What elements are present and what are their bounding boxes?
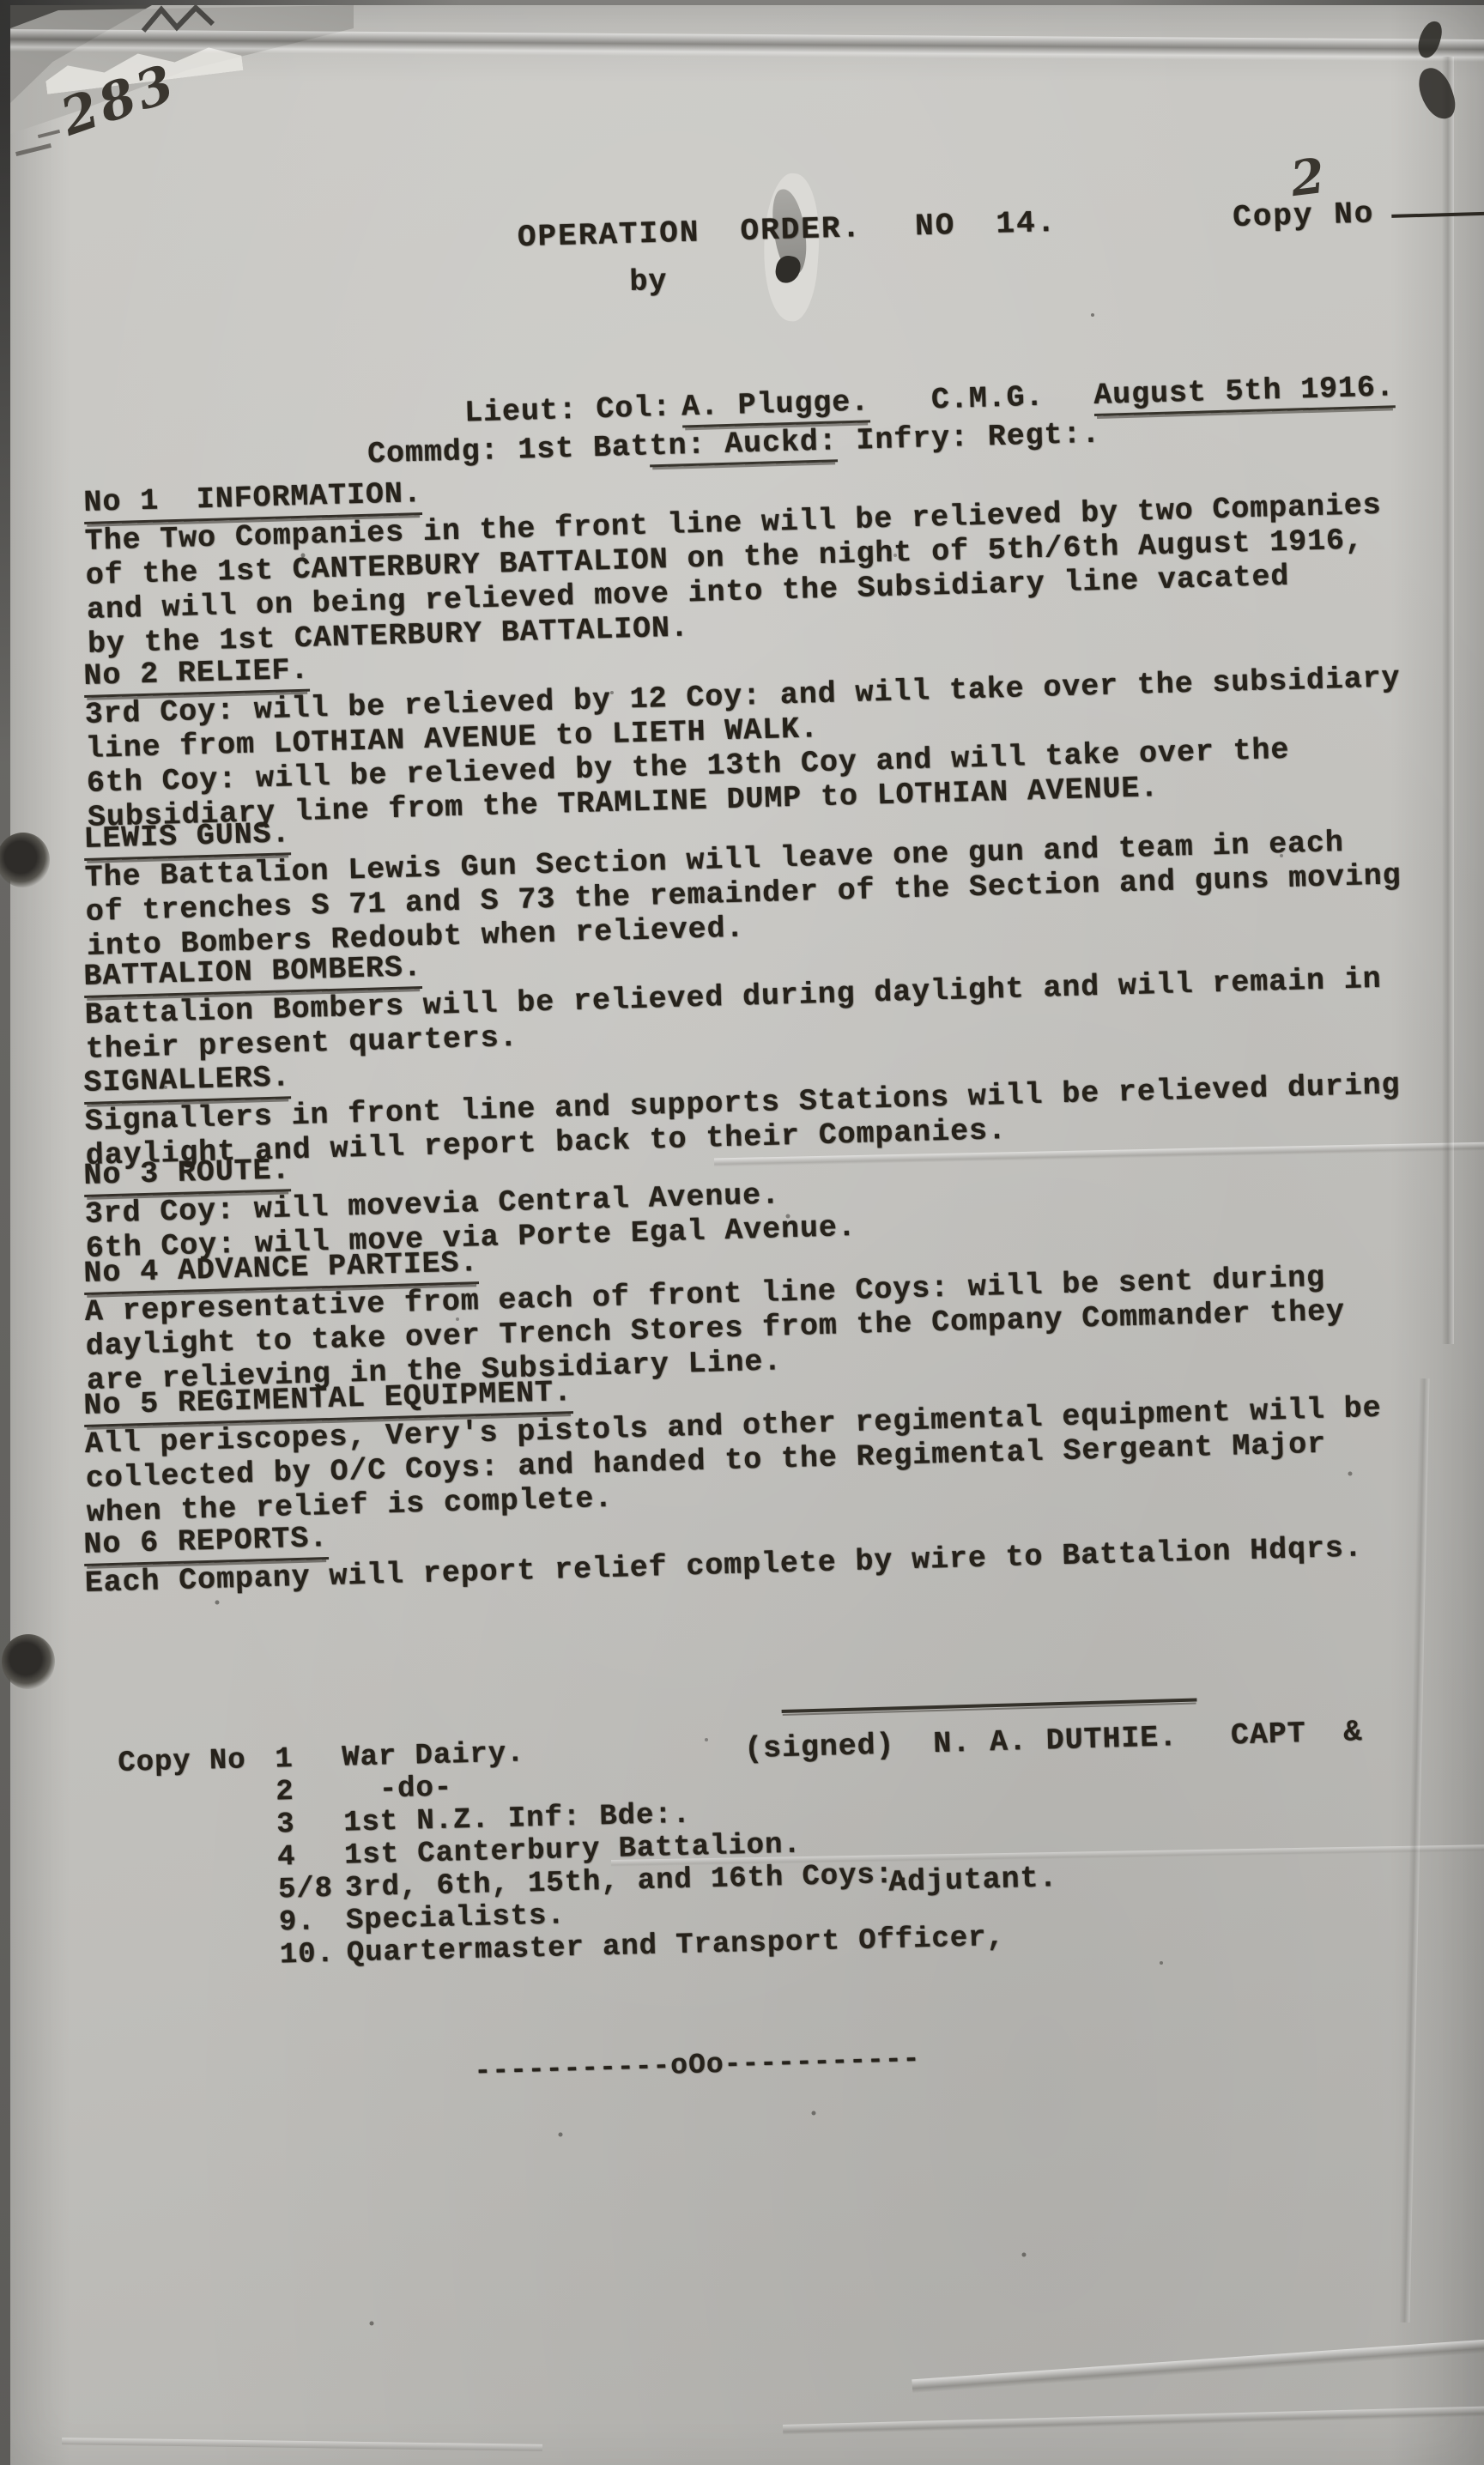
paper-speckles	[10, 5, 12, 7]
distribution-recipient: War Dairy.	[342, 1737, 525, 1774]
bottom-left-crease	[62, 2438, 542, 2451]
punch-hole-top	[0, 833, 50, 887]
by-label: by	[629, 264, 668, 300]
pencil-dash-mark	[15, 143, 51, 156]
order-number: NO 14.	[915, 205, 1057, 245]
distribution-copy-number: 5/8	[278, 1873, 346, 1907]
section-heading: LEWIS GUNS.	[83, 816, 291, 861]
unit-suffix: Infry: Regt:.	[837, 417, 1101, 459]
distribution-list: Copy No1War Dairy.2 -do-31st N.Z. Inf: B…	[118, 1726, 1005, 1976]
distribution-label	[120, 1841, 278, 1877]
section-heading: No 2 RELIEF.	[83, 653, 310, 698]
bottom-crease	[783, 2406, 1484, 2435]
distribution-copy-number: 3	[276, 1808, 344, 1842]
order-date: August 5th 1916.	[1093, 370, 1396, 416]
document-title: OPERATION ORDER.	[517, 210, 862, 255]
distribution-copy-number: 9.	[279, 1905, 347, 1940]
pen-squiggle-mark	[139, 5, 221, 34]
distribution-copy-number: 1	[275, 1742, 342, 1777]
pencil-dash-mark-2	[38, 130, 60, 138]
copy-no-label: Copy No	[1233, 196, 1375, 235]
distribution-recipient: Specialists.	[346, 1899, 566, 1937]
distribution-copy-number: 2	[276, 1775, 343, 1809]
end-separator: -----------oOo-----------	[474, 2042, 921, 2089]
distribution-recipient: -do-	[342, 1772, 453, 1807]
distribution-label	[121, 1874, 279, 1910]
section-heading: No 3 ROUTE.	[83, 1153, 291, 1197]
distribution-copy-number: 10.	[280, 1938, 348, 1972]
distribution-label	[118, 1777, 276, 1813]
distribution-copy-number: 4	[277, 1840, 345, 1874]
document-paper: 283 2 OPERATION ORDER.NO 14.Copy No by L…	[10, 5, 1484, 2465]
unit-underlined: tn: Auckd:	[649, 424, 838, 467]
adjutant-rank: CAPT &	[1230, 1715, 1362, 1753]
unit-prefix: Commdg: 1st Bat	[367, 429, 651, 471]
section-heading: No 6 REPORTS.	[83, 1521, 329, 1566]
distribution-label: Copy No	[118, 1744, 276, 1780]
bottom-right-crease	[912, 2338, 1484, 2394]
copy-no-blank-line	[1391, 211, 1484, 218]
section-heading: SIGNALLERS.	[83, 1060, 291, 1105]
distribution-label	[119, 1809, 277, 1845]
distribution-label	[122, 1906, 280, 1942]
document-header-row: OPERATION ORDER.NO 14.Copy No	[435, 159, 1484, 292]
punch-hole-bottom	[2, 1634, 55, 1689]
distribution-label	[123, 1939, 281, 1975]
